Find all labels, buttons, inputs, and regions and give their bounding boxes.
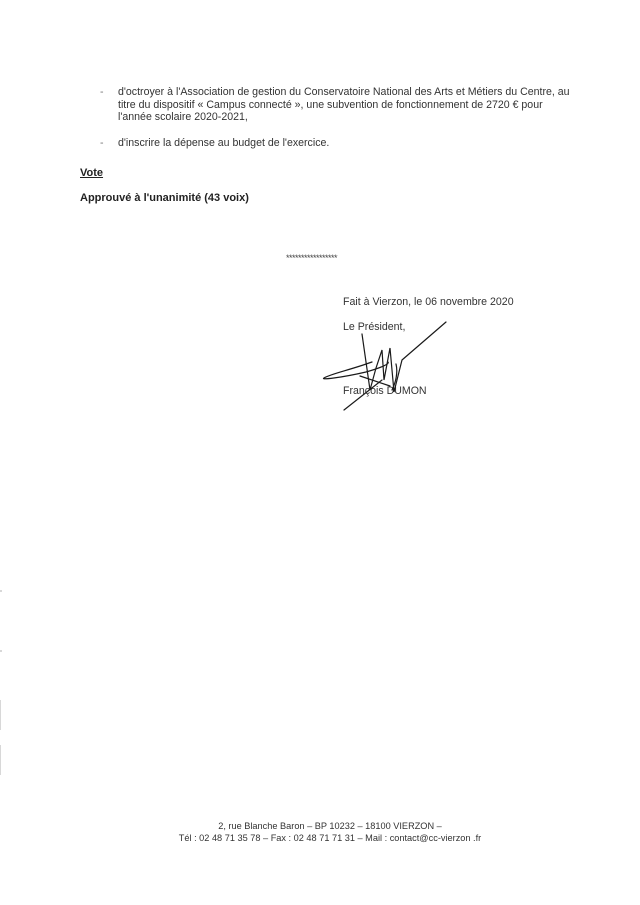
decision-text: d'octroyer à l'Association de gestion du…	[118, 86, 570, 123]
decision-text: d'inscrire la dépense au budget de l'exe…	[118, 137, 329, 149]
handwritten-signature-icon	[310, 320, 480, 420]
footer-contact: Tél : 02 48 71 35 78 – Fax : 02 48 71 71…	[0, 832, 640, 844]
dash-bullet-icon: -	[100, 137, 104, 150]
decision-list: - d'octroyer à l'Association de gestion …	[100, 86, 570, 162]
decision-item: - d'octroyer à l'Association de gestion …	[100, 86, 570, 124]
vote-result: Approuvé à l'unanimité (43 voix)	[80, 192, 249, 204]
vote-heading: Vote	[80, 167, 103, 179]
decision-item: - d'inscrire la dépense au budget de l'e…	[100, 137, 570, 150]
footer-address: 2, rue Blanche Baron – BP 10232 – 18100 …	[0, 820, 640, 832]
asterisk-separator: *****************	[286, 253, 337, 263]
place-date: Fait à Vierzon, le 06 novembre 2020	[343, 296, 514, 308]
dash-bullet-icon: -	[100, 86, 104, 99]
document-page: - d'octroyer à l'Association de gestion …	[0, 0, 640, 905]
scan-artifact-icon	[0, 580, 6, 780]
footer: 2, rue Blanche Baron – BP 10232 – 18100 …	[0, 820, 640, 844]
